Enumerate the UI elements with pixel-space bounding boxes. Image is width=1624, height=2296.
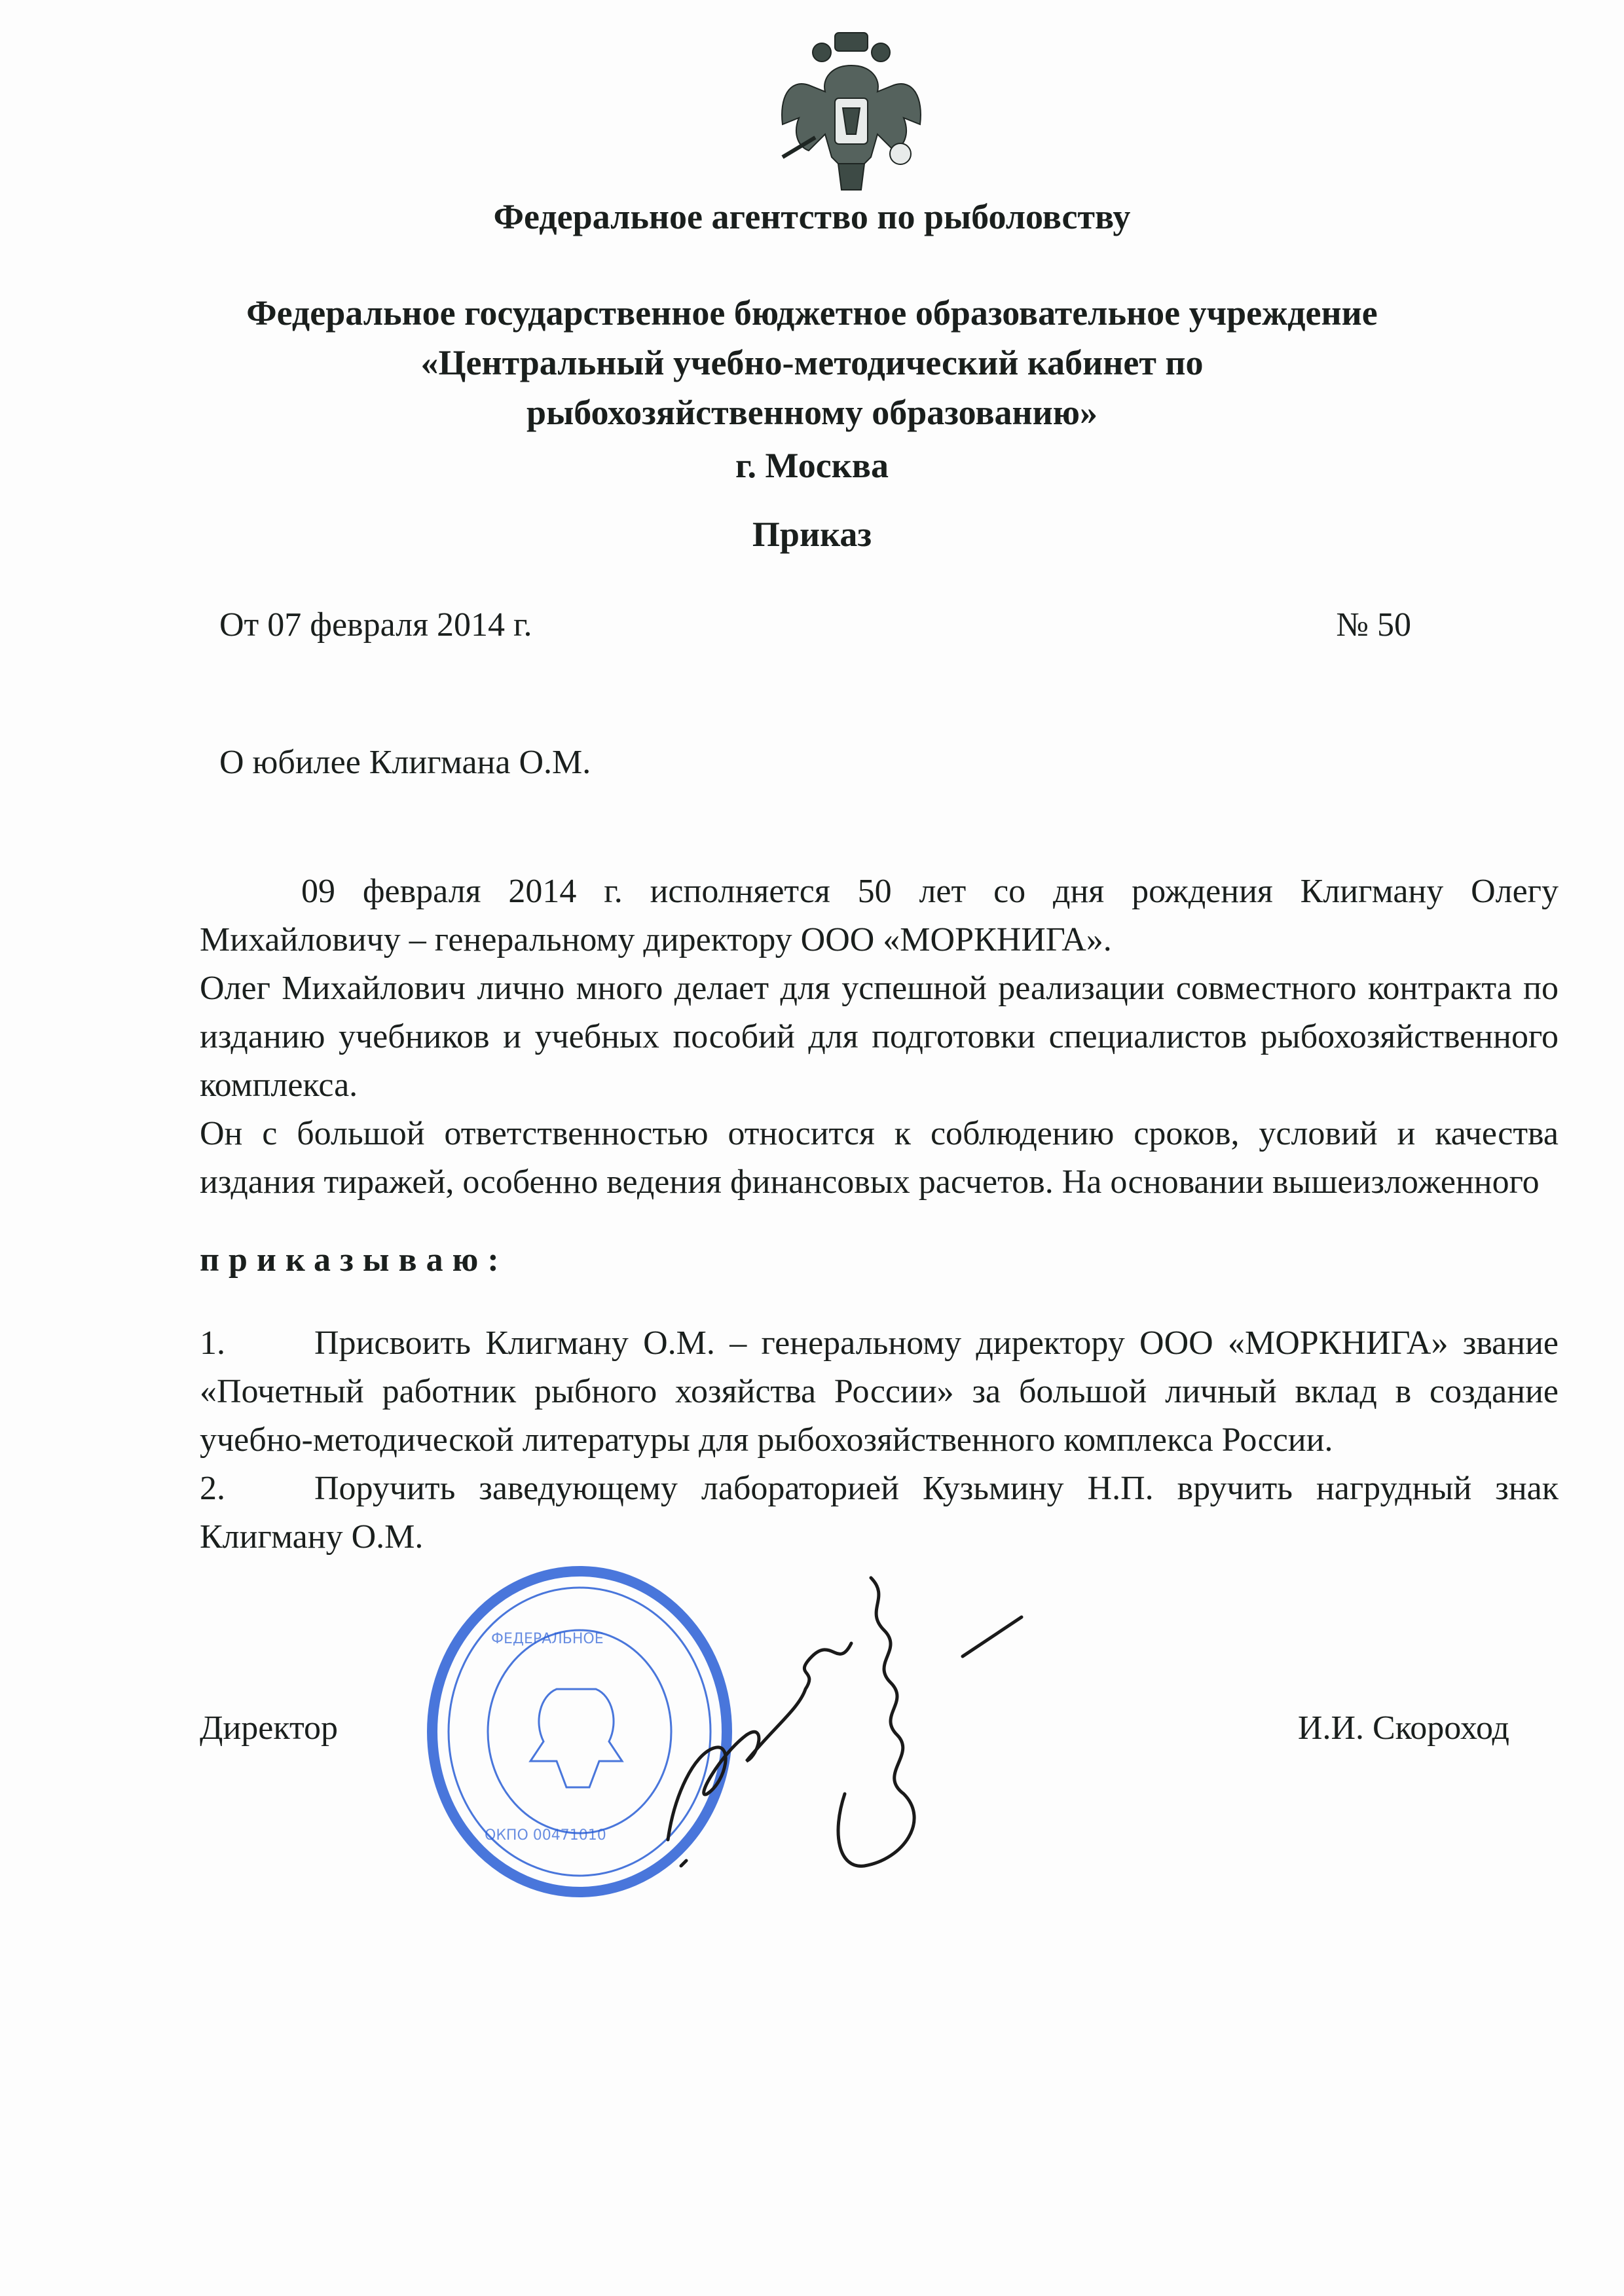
agency-heading: Федеральное агентство по рыболовству [0, 196, 1624, 237]
decree-item: 2.Поручить заведующему лабораторией Кузь… [200, 1465, 1559, 1561]
decree-items: 1.Присвоить Клигману О.М. – генеральному… [200, 1319, 1559, 1561]
institution-line: Федеральное государственное бюджетное об… [0, 288, 1624, 338]
body-paragraph: Он с большой ответственностью относится … [200, 1110, 1559, 1207]
institution-line: рыбохозяйственному образованию» [0, 388, 1624, 437]
decree-label: приказываю: [200, 1241, 508, 1279]
date-number-row: От 07 февраля 2014 г. № 50 [219, 606, 1411, 644]
order-body: 09 февраля 2014 г. исполняется 50 лет со… [200, 867, 1559, 1207]
decree-item-text: Присвоить Клигману О.М. – генеральному д… [200, 1324, 1559, 1459]
signer-title: Директор [200, 1709, 338, 1747]
signer-name: И.И. Скороход [1298, 1709, 1509, 1747]
decree-item-number: 1. [200, 1319, 314, 1368]
svg-text:ФЕДЕРАЛЬНОЕ: ФЕДЕРАЛЬНОЕ [491, 1631, 604, 1647]
document-page: Федеральное агентство по рыболовству Фед… [0, 0, 1624, 2296]
body-paragraph: 09 февраля 2014 г. исполняется 50 лет со… [200, 867, 1559, 964]
double-headed-eagle-emblem-icon [769, 26, 933, 196]
institution-heading: Федеральное государственное бюджетное об… [0, 288, 1624, 437]
city-heading: г. Москва [0, 445, 1624, 486]
decree-item-text: Поручить заведующему лабораторией Кузьми… [200, 1470, 1559, 1556]
handwritten-signature-icon [655, 1558, 1244, 1925]
order-number: № 50 [1336, 606, 1411, 644]
decree-item-number: 2. [200, 1465, 314, 1513]
svg-text:ОКПО 00471010: ОКПО 00471010 [485, 1827, 606, 1844]
order-date: От 07 февраля 2014 г. [219, 606, 532, 644]
body-paragraph: Олег Михайлович лично много делает для у… [200, 964, 1559, 1110]
doc-type-heading: Приказ [0, 514, 1624, 555]
institution-line: «Центральный учебно-методический кабинет… [0, 338, 1624, 388]
decree-item: 1.Присвоить Клигману О.М. – генеральному… [200, 1319, 1559, 1465]
order-subject: О юбилее Клигмана О.М. [219, 743, 591, 782]
